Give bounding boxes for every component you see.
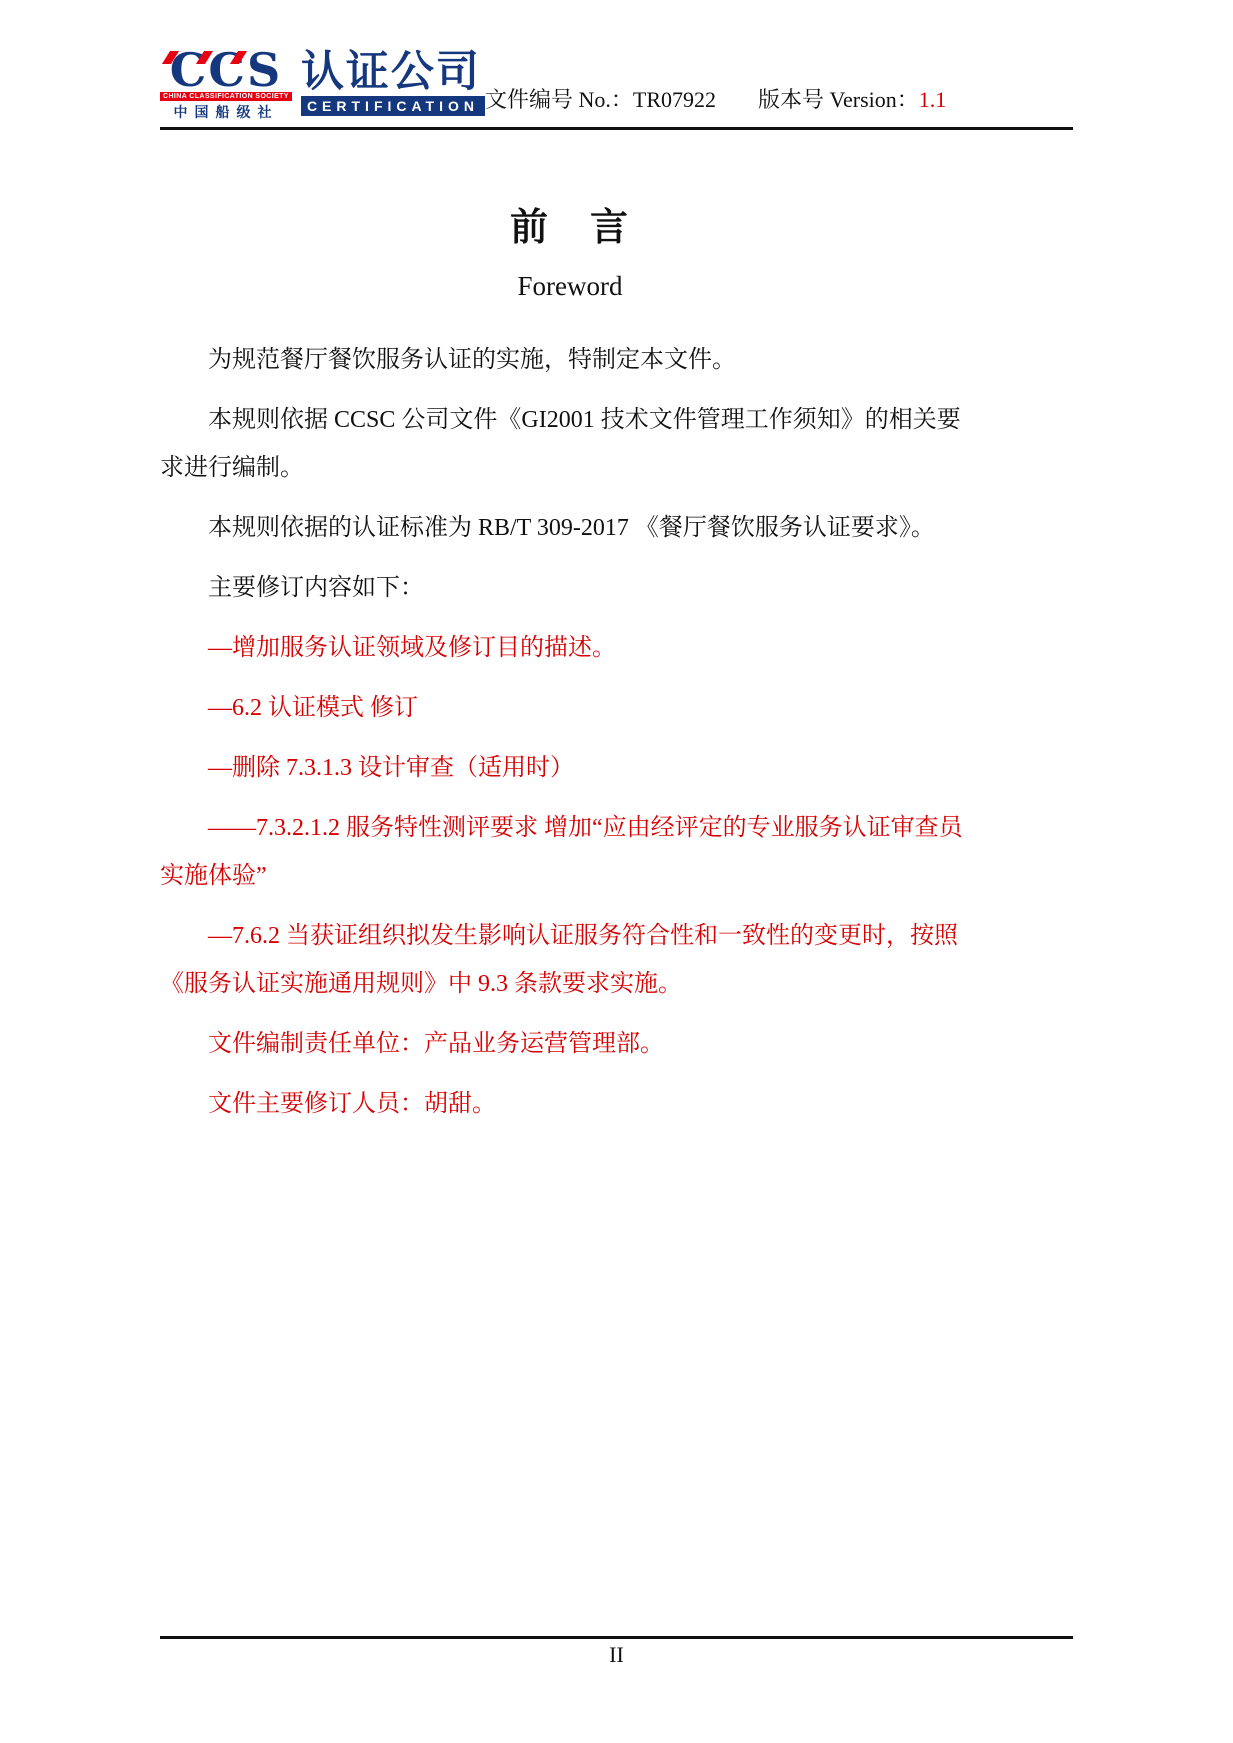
page-footer: II <box>160 1636 1073 1668</box>
revision-author: 文件主要修订人员：胡甜。 <box>160 1080 980 1128</box>
ccs-logo-left: CCS CHINA CLASSIFICATION SOCIETY 中国船级社 <box>160 50 292 122</box>
revision-item: —7.6.2 当获证组织拟发生影响认证服务符合性和一致性的变更时，按照《服务认证… <box>160 912 980 1008</box>
page-header: CCS CHINA CLASSIFICATION SOCIETY 中国船级社 认… <box>160 50 1073 130</box>
ccs-logo-text: CCS <box>170 50 282 90</box>
version-value: 1.1 <box>919 87 947 112</box>
doc-number-value: TR07922 <box>633 87 716 112</box>
document-page: CCS CHINA CLASSIFICATION SOCIETY 中国船级社 认… <box>0 0 1233 1743</box>
revision-item: —增加服务认证领域及修订目的描述。 <box>160 624 980 672</box>
version-label: 版本号 Version： <box>758 87 919 112</box>
paragraph: 本规则依据 CCSC 公司文件《GI2001 技术文件管理工作须知》的相关要求进… <box>160 396 980 492</box>
logo-society-cn: 中国船级社 <box>173 102 278 122</box>
page-subtitle: Foreword <box>160 271 980 302</box>
document-body: 前 言 Foreword 为规范餐厅餐饮服务认证的实施，特制定本文件。 本规则依… <box>160 196 980 1140</box>
revision-item: ——7.3.2.1.2 服务特性测评要求 增加“应由经评定的专业服务认证审查员实… <box>160 804 980 900</box>
revision-item: —6.2 认证模式 修订 <box>160 684 980 732</box>
revision-item: —删除 7.3.1.3 设计审查（适用时） <box>160 744 980 792</box>
ccs-logo: CCS CHINA CLASSIFICATION SOCIETY 中国船级社 认… <box>160 50 485 122</box>
paragraph: 主要修订内容如下： <box>160 564 980 612</box>
responsible-unit: 文件编制责任单位：产品业务运营管理部。 <box>160 1020 980 1068</box>
page-title: 前 言 <box>160 196 980 251</box>
paragraph: 为规范餐厅餐饮服务认证的实施，特制定本文件。 <box>160 336 980 384</box>
foreword-content: 为规范餐厅餐饮服务认证的实施，特制定本文件。 本规则依据 CCSC 公司文件《G… <box>160 336 980 1128</box>
ccs-logo-right: 认证公司 CERTIFICATION <box>301 50 485 116</box>
paragraph: 本规则依据的认证标准为 RB/T 309-2017 《餐厅餐饮服务认证要求》。 <box>160 504 980 552</box>
logo-certification-bar: CERTIFICATION <box>301 96 485 116</box>
doc-number-label: 文件编号 No.： <box>485 87 633 112</box>
document-info: 文件编号 No.：TR07922版本号 Version：1.1 <box>485 83 1074 122</box>
logo-company-name: 认证公司 <box>301 50 485 94</box>
page-number: II <box>160 1642 1073 1668</box>
